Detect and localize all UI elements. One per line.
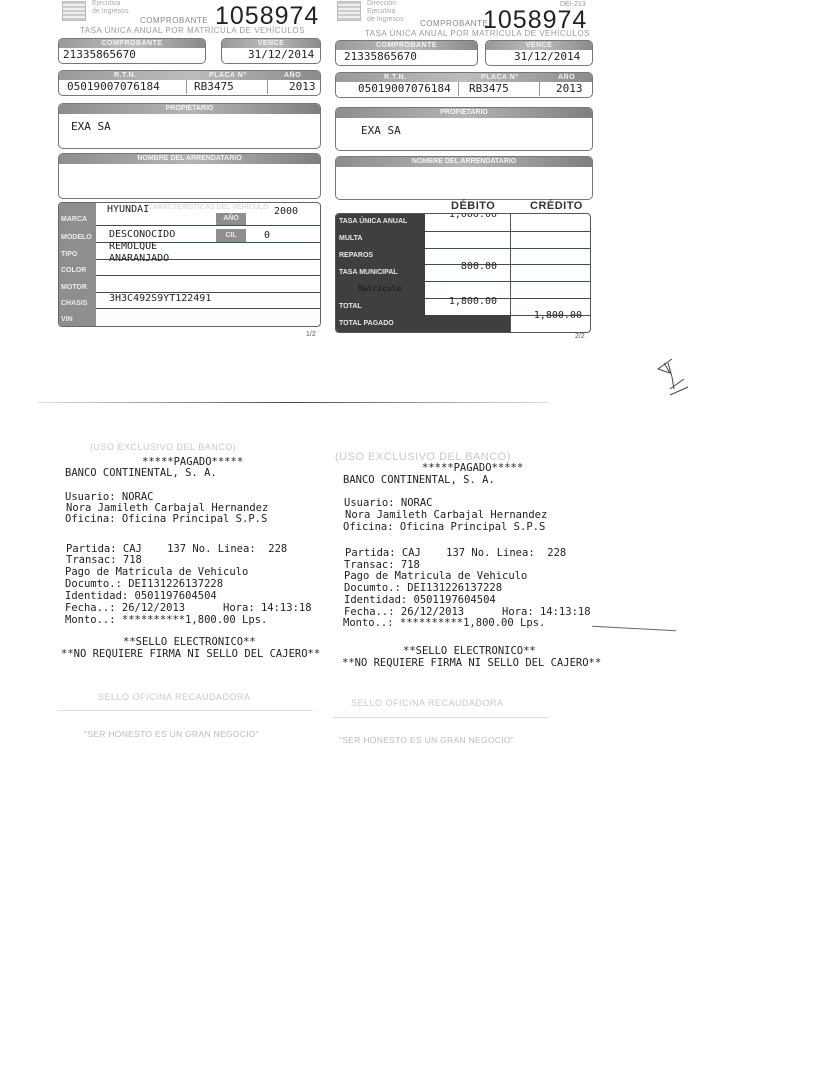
voucher-subtitle: TASA ÚNICA ANUAL POR MATRÍCULA DE VEHÍCU…	[80, 26, 305, 35]
debit-value: 1,000.00	[425, 213, 497, 220]
paid-status: *****PAGADO*****	[422, 463, 523, 475]
sello-electronico: **SELLO ELECTRONICO**	[123, 637, 256, 649]
bank-name: BANCO CONTINENTAL, S. A.	[343, 475, 495, 487]
placa-label: PLACA Nº	[209, 71, 246, 80]
bank-receipt-right: (USO EXCLUSIVO DEL BANCO) *****PAGADO***…	[333, 447, 588, 747]
rtn-label: R.T.N.	[384, 73, 406, 82]
vence-label: VENCE	[222, 39, 320, 48]
voucher-label: COMPROBANTE	[140, 16, 208, 25]
voucher-right: Dirección Ejecutiva de Ingresos DEI-213 …	[333, 0, 595, 345]
issuer-line: Dirección	[367, 0, 404, 8]
credit-header: CRÉDITO	[530, 200, 583, 212]
partida: Partida: CAJ 137 No. Linea: 228	[345, 548, 566, 560]
comprobante-label: COMPROBANTE	[336, 41, 477, 50]
ano-value: 2013	[556, 82, 583, 95]
rtn-placa-ano-header: R.T.N. PLACA Nº AÑO	[336, 73, 592, 82]
monto: Monto..: **********1,800.00 Lps.	[343, 618, 545, 630]
motto: "SER HONESTO ES UN GRAN NEGOCIO"	[339, 735, 514, 745]
vence-field: VENCE 31/12/2014	[485, 40, 593, 66]
marca-value: HYUNDAI	[107, 204, 149, 215]
row-line	[96, 225, 320, 226]
row-line	[425, 231, 590, 232]
dei-logo-icon	[62, 1, 86, 21]
no-firma-notice: **NO REQUIERE FIRMA NI SELLO DEL CAJERO*…	[342, 658, 601, 670]
vence-field: VENCE 31/12/2014	[221, 38, 321, 64]
rtn-placa-ano-field: R.T.N. PLACA Nº AÑO 05019007076184 RB347…	[335, 72, 593, 98]
total-pagado-shade	[425, 315, 510, 332]
vehicle-label: MODELO	[61, 234, 92, 241]
cil-value: 0	[264, 230, 270, 241]
credit-value: 1,800.00	[510, 310, 582, 321]
stroke-mark	[592, 626, 676, 631]
concept: Pago de Matricula de Vehiculo	[344, 571, 527, 583]
sello-electronico: **SELLO ELECTRONICO**	[403, 646, 536, 658]
divider	[539, 82, 540, 96]
payment-table: TASA ÚNICA ANUAL MULTA REPAROS TASA MUNI…	[335, 213, 591, 333]
documento: Documto.: DEI131226137228	[344, 583, 502, 595]
divider	[267, 80, 268, 94]
page-indicator: 2/2	[575, 333, 585, 340]
arrendatario-label: NOMBRE DEL ARRENDATARIO	[59, 154, 320, 164]
vehicle-label: CHASIS	[61, 300, 87, 307]
propietario-value: EXA SA	[59, 120, 320, 133]
ano-label: AÑO	[558, 73, 575, 82]
payment-label-matricula: Matrícula	[358, 284, 401, 293]
oficina: Oficina: Oficina Principal S.P.S	[65, 514, 267, 526]
vehicle-label: VIN	[61, 316, 73, 323]
rtn-placa-ano-field: R.T.N. PLACA Nº AÑO 05019007076184 RB347…	[58, 70, 321, 96]
row-line	[425, 281, 590, 282]
rtn-placa-ano-header: R.T.N. PLACA Nº AÑO	[59, 71, 320, 80]
debit-value: 1,800.00	[425, 296, 497, 307]
row-line	[96, 275, 320, 276]
vehicle-label: MARCA	[61, 216, 87, 223]
payment-label: MULTA	[339, 235, 362, 242]
row-line	[96, 308, 320, 309]
propietario-label: PROPIETARIO	[336, 108, 592, 118]
propietario-value: EXA SA	[336, 124, 592, 137]
vence-value: 31/12/2014	[486, 50, 592, 63]
arrendatario-label: NOMBRE DEL ARRENDATARIO	[336, 157, 592, 167]
chasis-value: 3H3C492S9YT122491	[109, 293, 211, 304]
concept: Pago de Matricula de Vehiculo	[65, 567, 248, 579]
comprobante-field: COMPROBANTE 21335865670	[335, 40, 478, 66]
color-value: ANARANJADO	[109, 253, 169, 264]
payment-label: REPAROS	[339, 252, 373, 259]
voucher-subtitle: TASA ÚNICA ANUAL POR MATRÍCULA DE VEHÍCU…	[365, 29, 590, 38]
propietario-field: PROPIETARIO EXA SA	[58, 103, 321, 149]
identidad: Identidad: 0501197604504	[65, 591, 217, 603]
rtn-value: 05019007076184	[358, 82, 451, 95]
issuer-line: Ejecutiva	[92, 0, 129, 8]
vence-value: 31/12/2014	[222, 48, 320, 61]
voucher-left: Ejecutiva de Ingresos COMPROBANTE 105897…	[58, 0, 322, 345]
transac: Transac: 718	[66, 555, 142, 567]
ano-value: 2013	[289, 80, 316, 93]
handwritten-initials-icon	[650, 355, 710, 405]
comprobante-value: 21335865670	[59, 48, 205, 61]
placa-value: RB3475	[469, 82, 509, 95]
cil-label: CIL	[216, 229, 246, 242]
documento: Documto.: DEI131226137228	[65, 579, 223, 591]
sello-oficina: SELLO OFICINA RECAUDADORA	[351, 698, 504, 708]
placa-label: PLACA Nº	[481, 73, 518, 82]
divider	[458, 82, 459, 96]
cut-line	[38, 402, 548, 403]
vehicle-ano-label: AÑO	[216, 213, 246, 225]
comprobante-field: COMPROBANTE 21335865670	[58, 38, 206, 64]
modelo-value: DESCONOCIDO	[109, 229, 175, 240]
vehicle-table: CARACTERÍSTICAS DEL VEHÍCULO MARCA MODEL…	[58, 202, 321, 327]
issuer-name: Ejecutiva de Ingresos	[92, 0, 129, 16]
identidad: Identidad: 0501197604504	[344, 595, 496, 607]
comprobante-label: COMPROBANTE	[59, 39, 205, 48]
comprobante-value: 21335865670	[336, 50, 477, 63]
monto: Monto..: **********1,800.00 Lps.	[65, 615, 267, 627]
bank-use-label: (USO EXCLUSIVO DEL BANCO)	[90, 442, 236, 452]
oficina: Oficina: Oficina Principal S.P.S	[343, 522, 545, 534]
vehicle-label: COLOR	[61, 267, 86, 274]
divider	[333, 717, 548, 718]
vence-label: VENCE	[486, 41, 592, 50]
rtn-value: 05019007076184	[67, 80, 160, 93]
vehicle-ano-value: 2000	[274, 206, 298, 217]
payment-label: TASA MUNICIPAL	[339, 269, 398, 276]
cashier-name: Nora Jamileth Carbajal Hernandez	[345, 510, 547, 522]
propietario-field: PROPIETARIO EXA SA	[335, 107, 593, 151]
rtn-label: R.T.N.	[114, 71, 136, 80]
arrendatario-field: NOMBRE DEL ARRENDATARIO	[58, 153, 321, 199]
row-line	[425, 248, 590, 249]
divider	[58, 710, 313, 711]
arrendatario-field: NOMBRE DEL ARRENDATARIO	[335, 156, 593, 200]
fecha-hora: Fecha..: 26/12/2013 Hora: 14:13:18	[65, 603, 312, 615]
payment-label: TOTAL	[339, 303, 362, 310]
issuer-line: de Ingresos	[92, 8, 129, 16]
vehicle-label: MOTOR	[61, 284, 87, 291]
dei-logo-icon	[337, 1, 361, 21]
issuer-line: de Ingresos	[367, 16, 404, 24]
divider	[186, 80, 187, 94]
payment-label: TOTAL PAGADO	[339, 320, 394, 327]
bank-receipt-left: (USO EXCLUSIVO DEL BANCO) *****PAGADO***…	[58, 440, 313, 740]
sello-oficina: SELLO OFICINA RECAUDADORA	[98, 692, 251, 702]
voucher-label: COMPROBANTE	[420, 19, 488, 28]
ano-label: AÑO	[284, 71, 301, 80]
issuer-line: Ejecutiva	[367, 8, 404, 16]
issuer-name: Dirección Ejecutiva de Ingresos	[367, 0, 404, 24]
page-indicator: 1/2	[306, 331, 316, 338]
motto: "SER HONESTO ES UN GRAN NEGOCIO"	[84, 729, 259, 739]
propietario-label: PROPIETARIO	[59, 104, 320, 114]
no-firma-notice: **NO REQUIERE FIRMA NI SELLO DEL CAJERO*…	[61, 649, 320, 661]
placa-value: RB3475	[194, 80, 234, 93]
vehicle-label: TIPO	[61, 251, 77, 258]
debit-value: 800.00	[425, 261, 497, 272]
tipo-value: REMOLQUE	[109, 241, 157, 252]
debit-header: DÉBITO	[451, 200, 495, 212]
payment-label: TASA ÚNICA ANUAL	[339, 218, 407, 225]
usuario: Usuario: NORAC	[344, 498, 433, 510]
bank-name: BANCO CONTINENTAL, S. A.	[65, 468, 217, 480]
